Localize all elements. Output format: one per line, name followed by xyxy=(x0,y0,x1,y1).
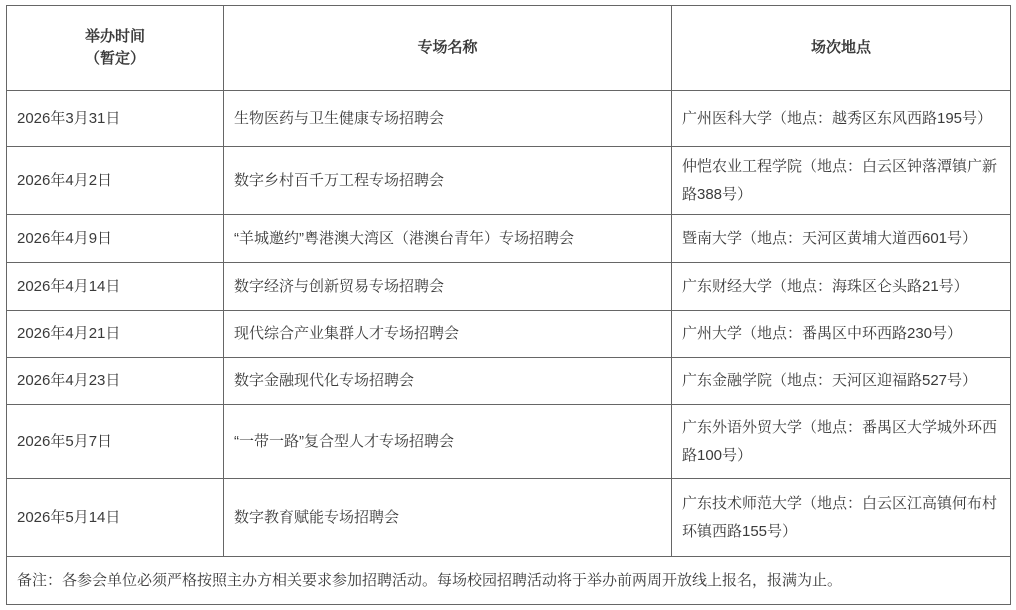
table-row: 2026年4月9日 “羊城邀约”粤港澳大湾区（港澳台青年）专场招聘会 暨南大学（… xyxy=(7,215,1011,263)
header-cell-time: 举办时间 （暂定） xyxy=(7,6,224,91)
note-text: 备注：各参会单位必须严格按照主办方相关要求参加招聘活动。每场校园招聘活动将于举办… xyxy=(7,557,1011,605)
event-venue: 暨南大学（地点：天河区黄埔大道西601号） xyxy=(672,215,1011,263)
event-name: 生物医药与卫生健康专场招聘会 xyxy=(224,91,672,147)
event-name: 现代综合产业集群人才专场招聘会 xyxy=(224,311,672,358)
event-name: 数字乡村百千万工程专场招聘会 xyxy=(224,147,672,215)
note-row: 备注：各参会单位必须严格按照主办方相关要求参加招聘活动。每场校园招聘活动将于举办… xyxy=(7,557,1011,605)
event-date: 2026年4月9日 xyxy=(7,215,224,263)
event-date: 2026年4月23日 xyxy=(7,358,224,405)
event-date: 2026年3月31日 xyxy=(7,91,224,147)
event-date: 2026年4月14日 xyxy=(7,263,224,311)
event-name: 数字教育赋能专场招聘会 xyxy=(224,479,672,557)
header-cell-venue: 场次地点 xyxy=(672,6,1011,91)
job-fair-schedule-table: 举办时间 （暂定） 专场名称 场次地点 2026年3月31日 生物医药与卫生健康… xyxy=(6,5,1011,605)
header-cell-name: 专场名称 xyxy=(224,6,672,91)
table-row: 2026年4月2日 数字乡村百千万工程专场招聘会 仲恺农业工程学院（地点：白云区… xyxy=(7,147,1011,215)
event-date: 2026年5月7日 xyxy=(7,405,224,479)
header-time-line2: （暂定） xyxy=(17,48,213,70)
event-venue: 广东外语外贸大学（地点：番禺区大学城外环西路100号） xyxy=(672,405,1011,479)
event-venue: 仲恺农业工程学院（地点：白云区钟落潭镇广新路388号） xyxy=(672,147,1011,215)
event-venue: 广东金融学院（地点：天河区迎福路527号） xyxy=(672,358,1011,405)
header-row: 举办时间 （暂定） 专场名称 场次地点 xyxy=(7,6,1011,91)
event-name: 数字金融现代化专场招聘会 xyxy=(224,358,672,405)
table-row: 2026年5月14日 数字教育赋能专场招聘会 广东技术师范大学（地点：白云区江高… xyxy=(7,479,1011,557)
event-date: 2026年5月14日 xyxy=(7,479,224,557)
event-venue: 广州大学（地点：番禺区中环西路230号） xyxy=(672,311,1011,358)
table-row: 2026年4月23日 数字金融现代化专场招聘会 广东金融学院（地点：天河区迎福路… xyxy=(7,358,1011,405)
event-venue: 广州医科大学（地点：越秀区东风西路195号） xyxy=(672,91,1011,147)
event-name: “羊城邀约”粤港澳大湾区（港澳台青年）专场招聘会 xyxy=(224,215,672,263)
event-venue: 广东财经大学（地点：海珠区仑头路21号） xyxy=(672,263,1011,311)
event-venue: 广东技术师范大学（地点：白云区江高镇何布村环镇西路155号） xyxy=(672,479,1011,557)
event-name: 数字经济与创新贸易专场招聘会 xyxy=(224,263,672,311)
table-row: 2026年4月14日 数字经济与创新贸易专场招聘会 广东财经大学（地点：海珠区仑… xyxy=(7,263,1011,311)
table-row: 2026年4月21日 现代综合产业集群人才专场招聘会 广州大学（地点：番禺区中环… xyxy=(7,311,1011,358)
table-row: 2026年3月31日 生物医药与卫生健康专场招聘会 广州医科大学（地点：越秀区东… xyxy=(7,91,1011,147)
table-row: 2026年5月7日 “一带一路”复合型人才专场招聘会 广东外语外贸大学（地点：番… xyxy=(7,405,1011,479)
event-date: 2026年4月2日 xyxy=(7,147,224,215)
event-name: “一带一路”复合型人才专场招聘会 xyxy=(224,405,672,479)
event-date: 2026年4月21日 xyxy=(7,311,224,358)
header-time-line1: 举办时间 xyxy=(17,26,213,48)
